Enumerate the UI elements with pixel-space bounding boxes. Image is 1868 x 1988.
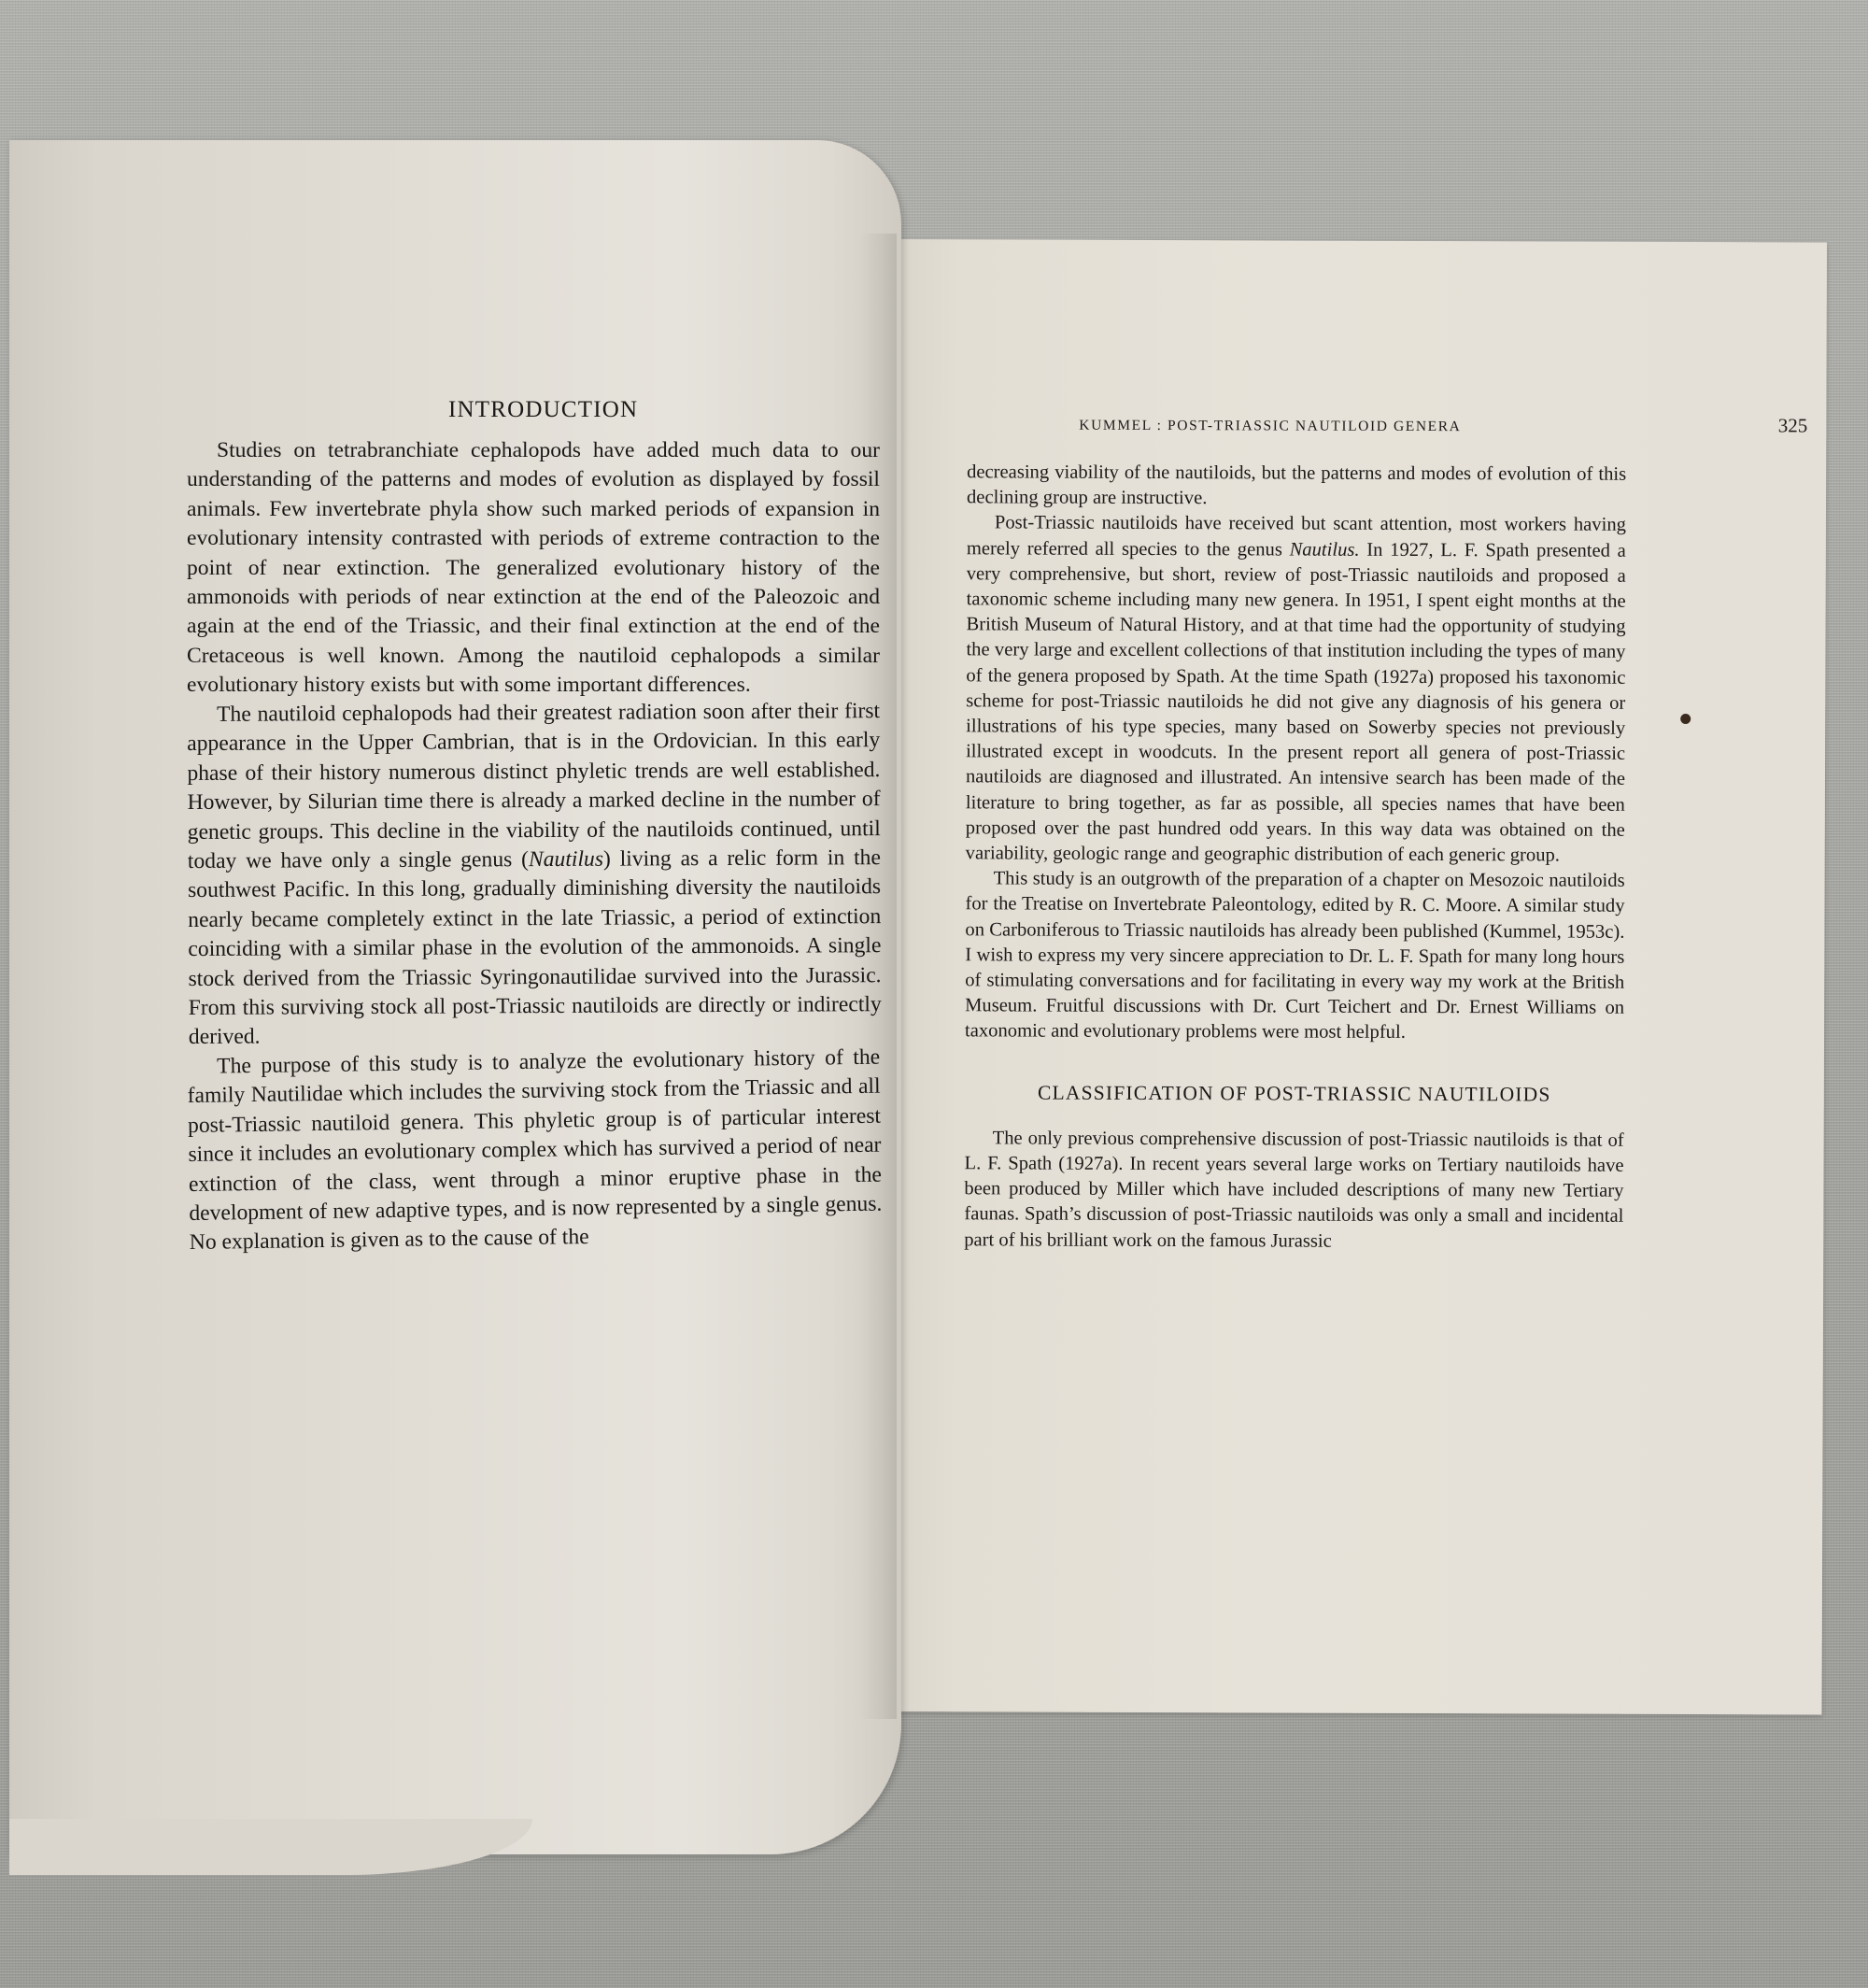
paragraph-text: ) living as a relic form in the southwes…: [188, 845, 882, 1049]
page-curl: [9, 1819, 532, 1875]
right-page-body: decreasing viability of the nautiloids, …: [964, 460, 1626, 1255]
ink-spot: [1680, 714, 1691, 724]
paragraph: The only previous comprehensive discussi…: [964, 1126, 1623, 1255]
paragraph: The purpose of this study is to analyze …: [187, 1043, 883, 1257]
book-gutter: [859, 234, 897, 1719]
paragraph: This study is an outgrowth of the prepar…: [965, 867, 1625, 1047]
running-head-title: KUMMEL : POST-TRIASSIC NAUTILOID GENERA: [1079, 418, 1461, 435]
page-number: 325: [1778, 414, 1808, 437]
section-heading: CLASSIFICATION OF POST-TRIASSIC NAUTILOI…: [965, 1080, 1624, 1108]
running-head: KUMMEL : POST-TRIASSIC NAUTILOID GENERA …: [1079, 412, 1807, 438]
genus-name-italic: Nautilus.: [1290, 539, 1360, 560]
section-heading: INTRODUCTION: [448, 397, 638, 423]
paragraph: Post-Triassic nautiloids have received b…: [966, 511, 1626, 869]
left-page-body: Studies on tetrabranchiate cephalopods h…: [187, 436, 880, 1257]
right-page: KUMMEL : POST-TRIASSIC NAUTILOID GENERA …: [880, 239, 1826, 1715]
genus-name-italic: Nautilus: [529, 846, 603, 871]
paragraph-text: In 1927, L. F. Spath presented a very co…: [966, 539, 1626, 865]
paragraph: The nautiloid cephalopods had their grea…: [187, 697, 882, 1053]
paragraph: Studies on tetrabranchiate cephalopods h…: [187, 436, 880, 701]
paragraph: decreasing viability of the nautiloids, …: [967, 460, 1626, 513]
